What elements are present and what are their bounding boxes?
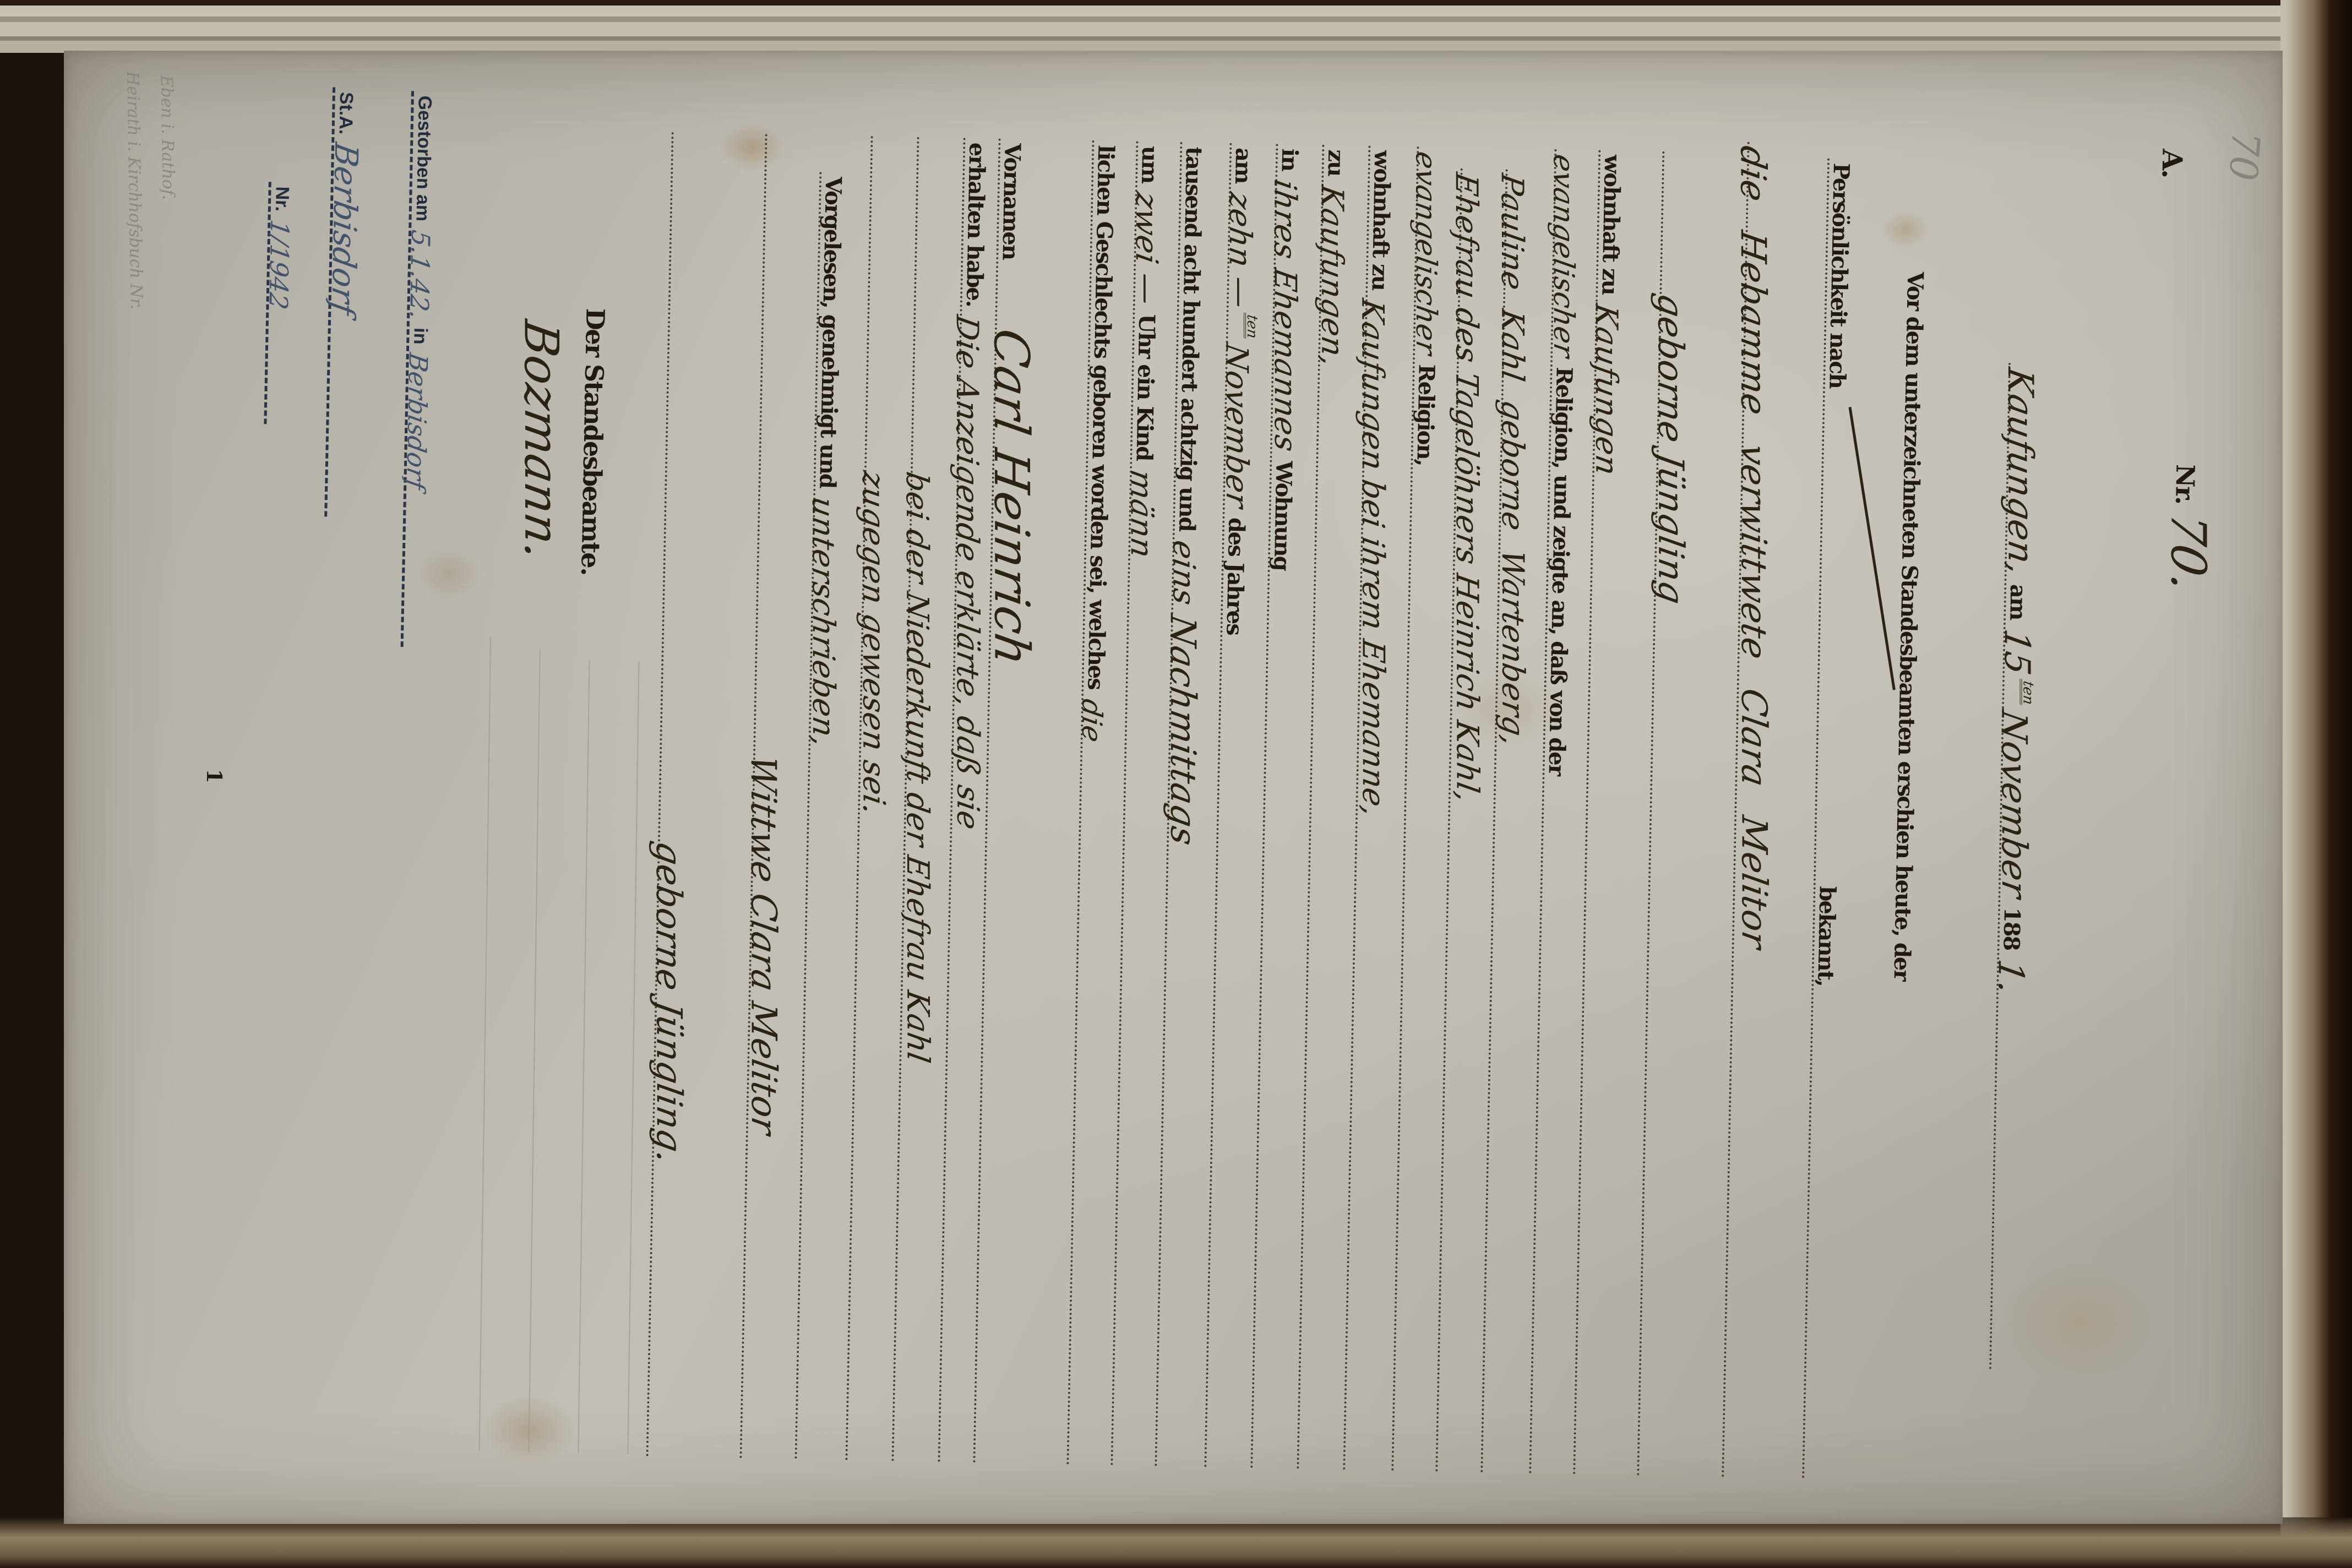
dotted-leader <box>648 1168 654 1458</box>
dotted-leader <box>1804 990 1814 1480</box>
line-tausend: tausend acht hundert achtzig und eins Na… <box>1155 142 1212 1468</box>
dotted-leader <box>1207 639 1223 1468</box>
record-number-row: Nr. 70. <box>2166 460 2214 802</box>
dotted-leader <box>742 1139 748 1460</box>
document-content-rotated: 70 A. Nr. 70. Kaufungen, am 15 ten Novem… <box>64 51 2283 1524</box>
dotted-leader <box>1991 999 1999 1370</box>
pencil-note-text-2: Heirath i. Kirchhofsbuch Nr. <box>123 71 146 309</box>
hw-death-place: Berbisdorf <box>404 347 429 495</box>
dotted-leader <box>1724 952 1734 1478</box>
death-stamp-line-3: Nr. 1/1942 <box>264 182 294 424</box>
nr-label: Nr. <box>2171 460 2199 509</box>
hw-month: November <box>1999 703 2029 905</box>
hw-registrar-signature: Bozmann. <box>521 312 562 568</box>
pencil-guide-rule <box>627 661 639 1454</box>
line-geschlechts: lichen Geschlechts geboren worden sei, w… <box>1067 140 1118 1466</box>
printed-vorgelesen: Vorgelesen, genehmigt und <box>816 172 845 493</box>
pencil-number-70: 70 <box>2220 130 2268 182</box>
line-religion-1: evangelischer Religion, und zeigte an, d… <box>1529 149 1581 1475</box>
printed-vornamen: Vornamen <box>998 139 1023 264</box>
cancellation-slash <box>1849 407 1896 690</box>
stamp-sta: St.A. <box>334 88 357 139</box>
pencil-note-text-1: Eben i. Rathof. <box>157 75 178 200</box>
stamp-gestorben-am: Gestorben am <box>411 91 435 226</box>
line-zu: zu Kaufungen, <box>1297 145 1351 1471</box>
printed-religion-2: Religion, <box>1413 360 1438 470</box>
pencil-note-2: Heirath i. Kirchhofsbuch Nr. <box>122 71 146 309</box>
hw-informant-maiden: geborne Jüngling <box>1655 286 1685 612</box>
line-mother-2: Ehefrau des Tagelöhners Heinrich Kahl, <box>1436 168 1489 1474</box>
hw-birth-month: November <box>1223 336 1250 515</box>
line-clause-3: zugegen gewesen sei. <box>846 136 900 1462</box>
pencil-folio-number: 70 <box>2222 131 2268 181</box>
hw-year-word: eins <box>1170 533 1197 612</box>
stamp-nr: Nr. <box>270 182 292 216</box>
line-clause-2: bei der Niederkunft der Ehefrau Kahl <box>892 137 946 1463</box>
printed-erhalten-habe: erhalten habe. <box>962 138 989 312</box>
hw-death-date: 5.1.42. <box>407 224 432 325</box>
form-letter-row: A. <box>2157 144 2187 182</box>
printed-des-jahres: des Jahres <box>1223 513 1248 639</box>
blank-indent <box>913 137 919 467</box>
dotted-leader <box>797 752 811 1460</box>
book-cover-edge <box>0 0 66 1568</box>
pencil-guide-rule <box>578 661 590 1453</box>
hw-religion-2: evangelischer <box>1413 145 1438 362</box>
hw-year-digit: 1. <box>1995 952 2025 1001</box>
hw-birth-day-suffix: ten <box>1244 312 1259 340</box>
hw-residence-2: Kaufungen bei ihrem Ehemanne, <box>1359 291 1386 824</box>
line-birthdate: am zehn — ten November des Jahres <box>1205 143 1259 1469</box>
place-date-line: Kaufungen, am 15 ten November 188 1. <box>1989 363 2041 1371</box>
hw-child-names: Carl Heinrich <box>990 320 1032 674</box>
dotted-leader <box>1157 850 1169 1468</box>
printed-tausend: tausend acht hundert achtzig und <box>1174 142 1205 536</box>
hw-clause-3: zugegen gewesen sei. <box>860 464 887 822</box>
hw-death-record-no: 1/1942 <box>266 214 291 315</box>
hw-death-registry: Berbisdorf <box>329 137 361 322</box>
hw-residence: Kaufungen <box>1593 296 1619 482</box>
printed-wohnung: Wohnung <box>1270 456 1295 575</box>
line-wohnhaft-2: wohnhaft zu Kaufungen bei ihrem Ehemanne… <box>1343 146 1397 1472</box>
pencil-guide-rule <box>478 636 491 1451</box>
line-mother-1: Pauline Kahl geborne Wartenberg, <box>1481 169 1534 1474</box>
dotted-leader <box>1393 470 1413 1472</box>
printed-vor-dem: Vor dem unterzeichneten Standesbeamten e… <box>1890 267 1926 985</box>
line-uhr: um zwei — Uhr ein Kind männ <box>1111 141 1165 1467</box>
hw-birthplace: Kaufungen, <box>1319 178 1345 374</box>
dotted-leader <box>940 834 952 1463</box>
printed-bekannt: bekannt, <box>1814 881 1839 990</box>
hw-sex-prefix: männ <box>1128 462 1155 565</box>
line-wohnung: in ihres Ehemannes Wohnung <box>1251 144 1305 1470</box>
book-fold-shadow <box>0 1517 2352 1568</box>
line-vorgelesen: Vorgelesen, genehmigt und unterschrieben… <box>795 172 848 1461</box>
hw-clause-1: Die Anzeigende erklärte, daß sie <box>954 308 981 837</box>
register-page-number: 1 <box>203 764 226 787</box>
dotted-leader <box>1531 779 1544 1474</box>
nr-value-handwritten: 70. <box>2168 505 2209 600</box>
hw-hour: zwei — <box>1133 185 1159 312</box>
blank-indent <box>867 136 873 466</box>
book-gutter <box>2280 0 2352 1568</box>
hw-mother-husband: Ehefrau des Tagelöhners Heinrich Kahl, <box>1453 165 1480 809</box>
hw-informant-signature: Wittwe Clara Melitor <box>748 748 778 1142</box>
blank-indent <box>1662 151 1664 289</box>
register-paper-page: 70 A. Nr. 70. Kaufungen, am 15 ten Novem… <box>64 51 2283 1524</box>
line-signature-informant: Wittwe Clara Melitor <box>739 134 797 1461</box>
hw-unterschrieben: unterschrieben, <box>810 489 836 754</box>
dotted-leader <box>1639 608 1656 1477</box>
dotted-leader <box>1576 480 1595 1476</box>
pencil-note-1: Eben i. Rathof. <box>156 75 178 200</box>
line-signature-informant-2: geborne Jüngling. <box>646 132 704 1458</box>
hw-die: die <box>1080 692 1104 749</box>
hw-informant: die Hebamme verwittwete Clara Melitor <box>1738 138 1769 956</box>
printed-religion-zeigte-an: Religion, und zeigte an, daß von der <box>1544 362 1576 780</box>
line-informant: die Hebamme verwittwete Clara Melitor <box>1722 142 1779 1479</box>
hw-mother-name: Pauline Kahl geborne Wartenberg, <box>1499 166 1526 753</box>
printed-in: in <box>1278 144 1302 175</box>
line-informant-2: geborne Jüngling <box>1637 151 1695 1478</box>
hw-whose-dwelling: ihres Ehemannes <box>1272 172 1298 459</box>
blank-indent <box>755 134 767 751</box>
printed-zu: zu <box>1324 145 1348 181</box>
line-religion-2: evangelischer Religion, <box>1391 146 1443 1472</box>
hw-daytime: Nachmittags <box>1167 607 1197 853</box>
death-stamp-line-1: Gestorben am 5.1.42. in Berbisdorf <box>400 91 437 647</box>
line-wohnhaft-1: wohnhaft zu Kaufungen <box>1574 150 1627 1477</box>
register-page-number-row: 1 <box>203 764 226 787</box>
printed-year-188: 188 <box>1999 903 2023 955</box>
printed-wohnhaft-zu-2: wohnhaft zu <box>1368 146 1394 295</box>
dotted-leader <box>1253 574 1270 1469</box>
hw-day-suffix: ten <box>2019 679 2034 707</box>
printed-wohnhaft-zu: wohnhaft zu <box>1598 150 1624 299</box>
dotted-leader <box>848 819 860 1462</box>
stamp-in: in <box>409 323 431 349</box>
hw-birth-day: zehn — <box>1227 185 1253 315</box>
hw-place: Kaufungen, <box>2005 361 2035 583</box>
hw-religion-1: evangelischer <box>1551 147 1576 364</box>
dotted-leader <box>1113 563 1131 1467</box>
blank-with-slash <box>1816 392 1825 881</box>
printed-um: um <box>1137 141 1162 188</box>
blank-indent <box>660 132 674 837</box>
photographed-register-page: 70 A. Nr. 70. Kaufungen, am 15 ten Novem… <box>0 0 2352 1568</box>
line-standesbeamte: Der Standesbeamte. <box>577 303 609 580</box>
form-letter-A: A. <box>2157 144 2187 182</box>
hw-clause-2: bei der Niederkunft der Ehefrau Kahl <box>903 465 930 1070</box>
book-page-stack-edge <box>0 0 2352 53</box>
dotted-leader <box>1069 747 1083 1466</box>
hw-day: 15 <box>2002 622 2032 682</box>
pencil-guide-rule <box>528 649 540 1452</box>
dotted-leader <box>1438 806 1451 1473</box>
printed-am-2: am <box>1231 143 1255 188</box>
hw-informant-signature-2: geborne Jüngling. <box>654 834 684 1170</box>
printed-geschlechts: lichen Geschlechts geboren worden sei, w… <box>1084 140 1118 694</box>
printed-persoenlichkeit: Persönlichkeit nach <box>1825 159 1853 393</box>
dotted-leader <box>1346 820 1358 1471</box>
line-persoenlichkeit: Persönlichkeit nach bekannt, <box>1802 159 1853 1480</box>
line-registrar-signature: Bozmann. <box>521 315 567 565</box>
line-vor-dem: Vor dem unterzeichneten Standesbeamten e… <box>1890 267 1926 985</box>
dotted-leader <box>894 1066 902 1462</box>
printed-der-standesbeamte: Der Standesbeamte. <box>577 303 609 580</box>
dotted-leader <box>1483 750 1497 1474</box>
death-stamp-line-2: St.A. Berbisdorf <box>324 87 364 517</box>
printed-uhr-ein-kind: Uhr ein Kind <box>1133 309 1158 465</box>
dotted-leader <box>1299 371 1320 1471</box>
blank-indent <box>997 264 998 324</box>
printed-am: am <box>2006 580 2030 624</box>
